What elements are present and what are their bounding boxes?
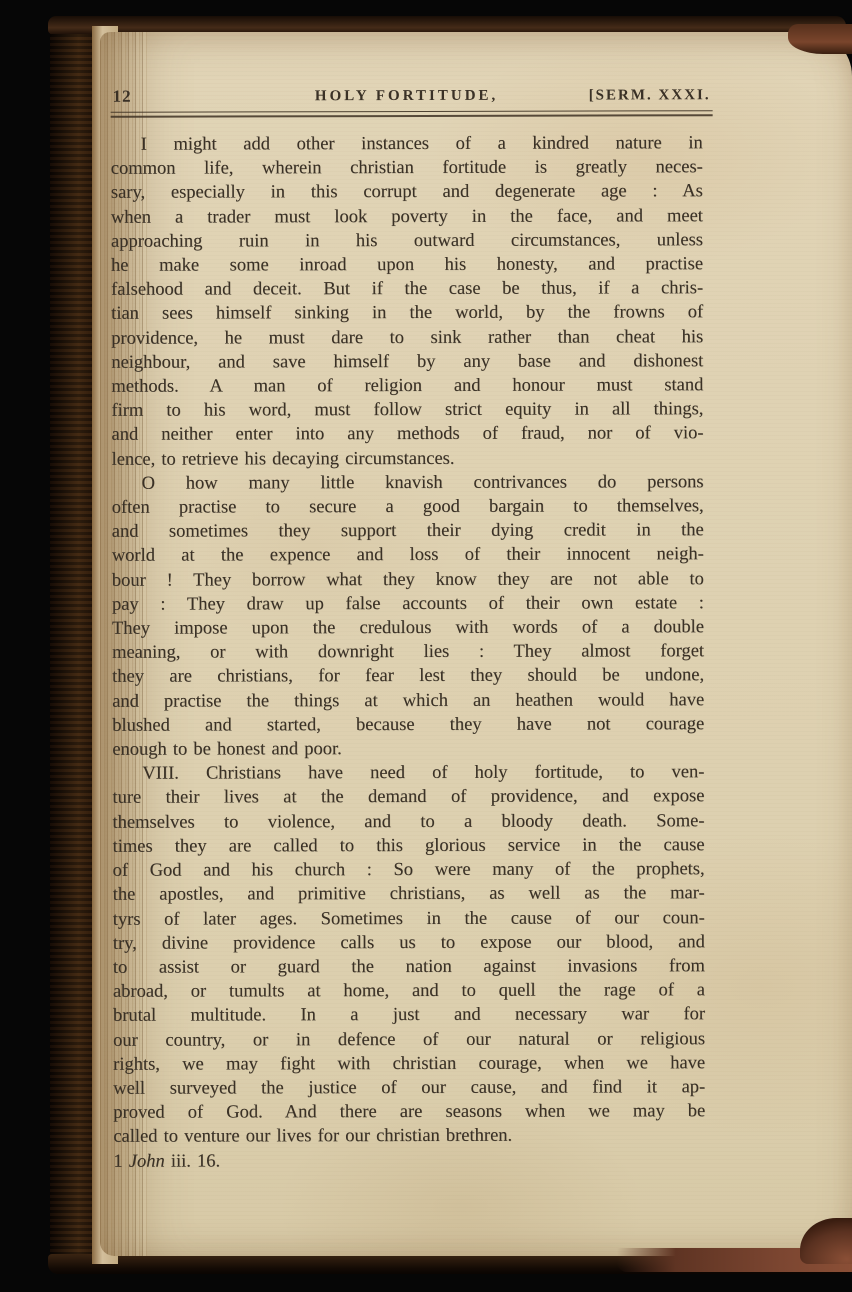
- text-line: brutal multitude. In a just and necessar…: [113, 1003, 705, 1029]
- citation-prefix: 1: [113, 1151, 128, 1171]
- text-line: often practise to secure a good bargain …: [112, 494, 704, 520]
- text-line: the apostles, and primitive christians, …: [113, 882, 705, 908]
- text-line: methods. A man of religion and honour mu…: [111, 373, 703, 399]
- text-line: they are christians, for fear lest they …: [112, 664, 704, 690]
- text-line: world at the expence and loss of their i…: [112, 543, 704, 569]
- text-line: our country, or in defence of our natura…: [113, 1027, 705, 1053]
- paragraph: O how many little knavish contrivances d…: [112, 470, 705, 762]
- paragraph: VIII. Christians have need of holy forti…: [112, 761, 705, 1150]
- text-line: I might add other instances of a kindred…: [111, 131, 703, 157]
- paragraph: I might add other instances of a kindred…: [111, 131, 704, 471]
- text-line: falsehood and deceit. But if the case be…: [111, 276, 703, 302]
- text-line: ture their lives at the demand of provid…: [112, 785, 704, 811]
- citation-verse: iii. 16.: [165, 1151, 220, 1171]
- text-line: firm to his word, must follow strict equ…: [111, 397, 703, 423]
- text-line: themselves to violence, and to a bloody …: [112, 809, 704, 835]
- text-line: tyrs of later ages. Sometimes in the cau…: [113, 906, 705, 932]
- text-line: times they are called to this glorious s…: [113, 833, 705, 859]
- text-line: to assist or guard the nation against in…: [113, 954, 705, 980]
- text-line: VIII. Christians have need of holy forti…: [112, 761, 704, 787]
- text-line: enough to be honest and poor.: [112, 736, 704, 762]
- text-line: try, divine providence calls us to expos…: [113, 930, 705, 956]
- text-line: of God and his church : So were many of …: [113, 857, 705, 883]
- text-line: proved of God. And there are seasons whe…: [113, 1099, 705, 1125]
- text-line: tian sees himself sinking in the world, …: [111, 301, 703, 327]
- text-line: and neither enter into any methods of fr…: [111, 422, 703, 448]
- text-line: They impose upon the credulous with word…: [112, 615, 704, 641]
- text-line: neighbour, and save himself by any base …: [111, 349, 703, 375]
- photo-background: 12 HOLY FORTITUDE, [SERM. XXXI. I might …: [0, 0, 852, 1292]
- text-line: O how many little knavish contrivances d…: [112, 470, 704, 496]
- header-rule: [111, 110, 713, 118]
- text-line: sary, especially in this corrupt and deg…: [111, 180, 703, 206]
- text-line: called to venture our lives for our chri…: [113, 1124, 705, 1150]
- text-line: he make some inroad upon his honesty, an…: [111, 252, 703, 278]
- text-line: common life, wherein christian fortitude…: [111, 155, 703, 181]
- text-line: approaching ruin in his outward circumst…: [111, 228, 703, 254]
- text-line: and practise the things at which an heat…: [112, 688, 704, 714]
- text-line: rights, we may fight with christian cour…: [113, 1051, 705, 1077]
- text-line: bour ! They borrow what they know they a…: [112, 567, 704, 593]
- text-line: pay : They draw up false accounts of the…: [112, 591, 704, 617]
- text-line: abroad, or tumults at home, and to quell…: [113, 978, 705, 1004]
- text-line: when a trader must look poverty in the f…: [111, 204, 703, 230]
- text-line: and sometimes they support their dying c…: [112, 518, 704, 544]
- page-content: 12 HOLY FORTITUDE, [SERM. XXXI. I might …: [111, 85, 706, 1173]
- text-line: meaning, or with downright lies : They a…: [112, 639, 704, 665]
- text-line: well surveyed the justice of our cause, …: [113, 1075, 705, 1101]
- body-text: I might add other instances of a kindred…: [111, 131, 706, 1149]
- scripture-citation: 1 John iii. 16.: [113, 1148, 705, 1174]
- text-line: providence, he must dare to sink rather …: [111, 325, 703, 351]
- citation-book: John: [129, 1151, 165, 1171]
- text-line: lence, to retrieve his decaying circumst…: [112, 446, 704, 472]
- text-line: blushed and started, because they have n…: [112, 712, 704, 738]
- page-header: 12 HOLY FORTITUDE, [SERM. XXXI.: [111, 85, 703, 109]
- section-reference: [SERM. XXXI.: [589, 87, 711, 104]
